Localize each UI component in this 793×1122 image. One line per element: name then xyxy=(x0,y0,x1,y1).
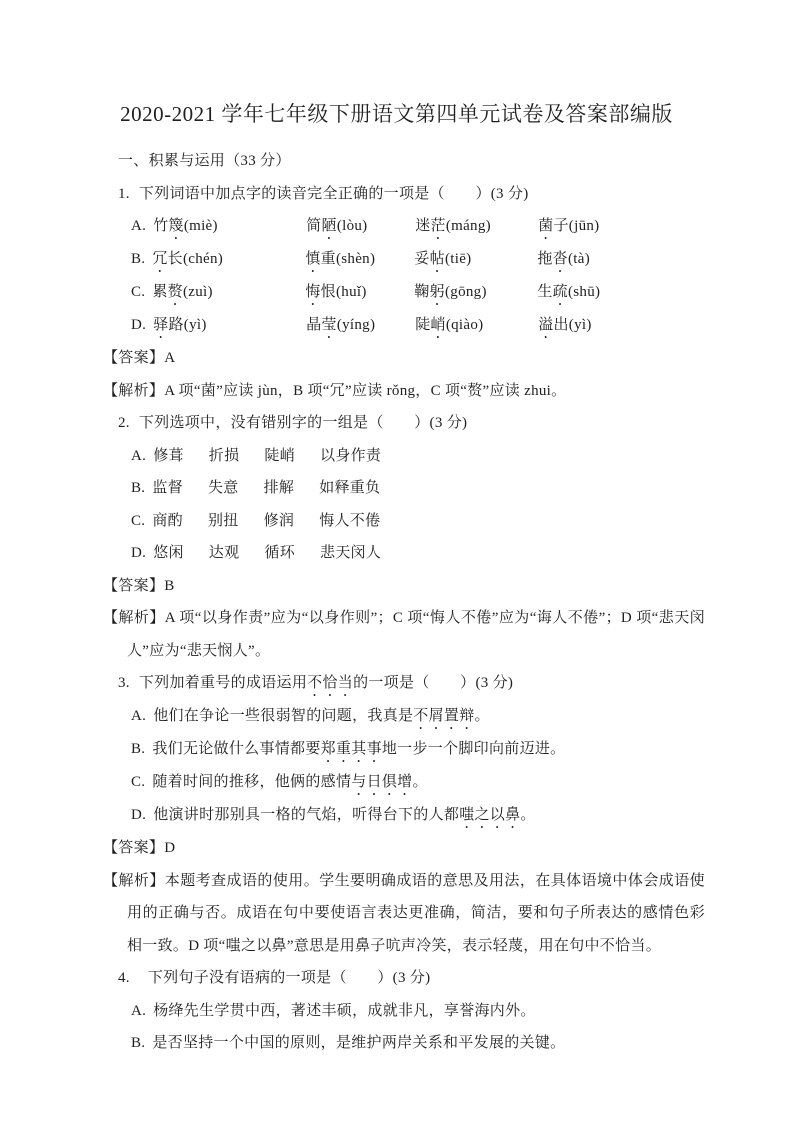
q3-option-b: B.我们无论做什么事情都要郑重其事地一步一个脚印向前迈进。 xyxy=(131,733,703,766)
word: 竹篾(miè) xyxy=(153,210,306,243)
word: 陡峭 xyxy=(264,448,295,464)
word: 折损 xyxy=(209,448,240,464)
option-text-post: 。 xyxy=(412,774,427,790)
word: 迷茫(máng) xyxy=(415,210,538,243)
option-label: D. xyxy=(131,799,146,832)
q4-option-b: B.是否坚持一个中国的原则，是维护两岸关系和平发展的关键。 xyxy=(131,1027,703,1060)
q1-option-b: B.冗长(chén)慎重(shèn)妥帖(tiē)拖沓(tà) xyxy=(131,243,703,276)
word-post: (tiē) xyxy=(445,251,471,267)
word-emphasis: 慎 xyxy=(305,251,320,267)
word-emphasis: 躬 xyxy=(430,284,445,300)
word-pre: 晶 xyxy=(306,317,321,333)
option-label: B. xyxy=(131,472,145,505)
section-heading: 一、积累与运用（33 分） xyxy=(118,145,703,178)
word: 悔人不倦 xyxy=(319,513,380,529)
word: 以身作责 xyxy=(320,448,381,464)
word-pre: 妥 xyxy=(414,251,429,267)
word-post: 恨(huǐ) xyxy=(321,284,367,300)
option-label: B. xyxy=(131,733,145,766)
q3-stem-pre: 下列加着重号的成语运用 xyxy=(139,675,307,691)
option-text-pre: 随着时间的推移，他俩的感情 xyxy=(152,774,351,790)
option-label: A. xyxy=(131,995,146,1028)
q2-option-c: C.商酌别扭修润悔人不倦 xyxy=(131,505,703,538)
page-title: 2020-2021 学年七年级下册语文第四单元试卷及答案部编版 xyxy=(90,99,703,130)
document-page: 2020-2021 学年七年级下册语文第四单元试卷及答案部编版 一、积累与运用（… xyxy=(0,0,793,1060)
word-post: 子(jūn) xyxy=(554,218,600,234)
option-text-post: 地一步一个脚印向前迈进。 xyxy=(382,741,566,757)
word-post: (shū) xyxy=(568,284,600,300)
option-text-post: 。 xyxy=(520,807,535,823)
word-emphasis: 菌 xyxy=(538,218,553,234)
q1-analysis: 【解析】A 项“菌”应读 jùn，B 项“冗”应读 rǒng，C 项“赘”应读 … xyxy=(103,375,705,408)
option-text: 杨绛先生学贯中西，著述丰硕，成就非凡，享誉海内外。 xyxy=(153,1003,536,1019)
q4-stem: 4.下列句子没有语病的一项是（ ）(3 分) xyxy=(118,962,703,995)
q1-option-d: D.驿路(yì)晶莹(yíng)陡峭(qiào)溢出(yì) xyxy=(131,309,703,342)
word: 如释重负 xyxy=(319,480,380,496)
option-label: B. xyxy=(131,243,145,276)
q4-number: 4. xyxy=(118,970,130,986)
option-label: C. xyxy=(131,276,145,309)
word-post: 路(yì) xyxy=(169,317,207,333)
option-text-post: 。 xyxy=(475,708,490,724)
word-pre: 累 xyxy=(152,284,167,300)
word-pre: 迷 xyxy=(415,218,430,234)
q2-analysis: 【解析】A 项“以身作责”应为“以身作则”；C 项“悔人不倦”应为“诲人不倦”；… xyxy=(103,602,705,667)
word: 悲天闵人 xyxy=(320,545,381,561)
word-post: 重(shèn) xyxy=(321,251,376,267)
q1-answer: 【答案】A xyxy=(103,342,703,375)
word: 拖沓(tà) xyxy=(537,243,590,276)
option-label: D. xyxy=(131,537,146,570)
option-text: 是否坚持一个中国的原则，是维护两岸关系和平发展的关键。 xyxy=(152,1035,565,1051)
word-post: (tà) xyxy=(568,251,590,267)
word-emphasis: 赘 xyxy=(168,284,183,300)
word-emphasis: 峭 xyxy=(431,317,446,333)
word-emphasis: 冗 xyxy=(152,251,167,267)
option-label: D. xyxy=(131,309,146,342)
q3-option-c: C.随着时间的推移，他俩的感情与日俱增。 xyxy=(131,766,703,799)
word: 冗长(chén) xyxy=(152,243,305,276)
word-emphasis: 沓 xyxy=(553,251,568,267)
word-post: 长(chén) xyxy=(168,251,223,267)
q3-option-a: A.他们在争论一些很弱智的问题，我真是不屑置辩。 xyxy=(131,700,703,733)
word: 修润 xyxy=(264,513,295,529)
q2-option-d: D.悠闲达观循环悲天闵人 xyxy=(131,537,703,570)
word: 生疏(shū) xyxy=(537,276,600,309)
word: 慎重(shèn) xyxy=(305,243,414,276)
q4-stem-text: 下列句子没有语病的一项是（ ）(3 分) xyxy=(148,970,431,986)
idiom-emphasis: 嗤之以鼻 xyxy=(459,807,520,823)
word: 累赘(zuì) xyxy=(152,276,305,309)
word: 监督 xyxy=(152,480,183,496)
word: 简陋(lòu) xyxy=(306,210,415,243)
word-post: (yíng) xyxy=(337,317,375,333)
word-emphasis: 陋 xyxy=(322,218,337,234)
word: 达观 xyxy=(209,545,240,561)
option-text-pre: 他演讲时那别具一格的气焰，听得台下的人都 xyxy=(153,807,459,823)
word-post: 出(yì) xyxy=(554,317,592,333)
word-post: (gōng) xyxy=(445,284,487,300)
option-label: A. xyxy=(131,700,146,733)
option-label: C. xyxy=(131,766,145,799)
word-post: (zuì) xyxy=(183,284,213,300)
q2-option-a: A.修葺折损陡峭以身作责 xyxy=(131,440,703,473)
option-label: B. xyxy=(131,1027,145,1060)
q3-analysis: 【解析】本题考查成语的使用。学生要明确成语的意思及用法，在具体语境中体会成语使用… xyxy=(103,865,705,963)
word-emphasis: 篾 xyxy=(169,218,184,234)
q1-option-a: A.竹篾(miè)简陋(lòu)迷茫(máng)菌子(jūn) xyxy=(131,210,703,243)
word: 菌子(jūn) xyxy=(538,210,599,243)
word-pre: 生 xyxy=(537,284,552,300)
q2-stem: 2.下列选项中，没有错别字的一组是（ ）(3 分) xyxy=(118,407,703,440)
word-post: (lòu) xyxy=(337,218,368,234)
word-emphasis: 疏 xyxy=(553,284,568,300)
word-pre: 简 xyxy=(306,218,321,234)
q3-option-d: D.他演讲时那别具一格的气焰，听得台下的人都嗤之以鼻。 xyxy=(131,799,703,832)
idiom-emphasis: 与日俱增 xyxy=(351,774,412,790)
q1-stem: 1.下列词语中加点字的读音完全正确的一项是（ ）(3 分) xyxy=(118,178,703,211)
q1-stem-text: 下列词语中加点字的读音完全正确的一项是（ ）(3 分) xyxy=(139,186,529,202)
word-emphasis: 莹 xyxy=(322,317,337,333)
option-text-pre: 他们在争论一些很弱智的问题，我真是 xyxy=(153,708,413,724)
word: 晶莹(yíng) xyxy=(306,309,415,342)
word-emphasis: 茫 xyxy=(431,218,446,234)
word-emphasis: 驿 xyxy=(153,317,168,333)
word: 修葺 xyxy=(153,448,184,464)
q2-answer: 【答案】B xyxy=(103,570,703,603)
word: 陡峭(qiào) xyxy=(415,309,538,342)
word: 别扭 xyxy=(208,513,239,529)
option-label: A. xyxy=(131,440,146,473)
word-pre: 鞠 xyxy=(414,284,429,300)
word-post: (qiào) xyxy=(446,317,484,333)
word: 鞠躬(gōng) xyxy=(414,276,537,309)
idiom-emphasis: 郑重其事 xyxy=(321,741,382,757)
word: 循环 xyxy=(264,545,295,561)
option-text-pre: 我们无论做什么事情都要 xyxy=(152,741,320,757)
option-label: C. xyxy=(131,505,145,538)
q3-stem-emphasis: 不恰当 xyxy=(307,675,353,691)
word: 妥帖(tiē) xyxy=(414,243,537,276)
word-post: (miè) xyxy=(184,218,218,234)
q1-option-c: C.累赘(zuì)悔恨(huǐ)鞠躬(gōng)生疏(shū) xyxy=(131,276,703,309)
word-emphasis: 悔 xyxy=(305,284,320,300)
word: 悔恨(huǐ) xyxy=(305,276,414,309)
word-emphasis: 帖 xyxy=(430,251,445,267)
word-pre: 竹 xyxy=(153,218,168,234)
q2-stem-text: 下列选项中，没有错别字的一组是（ ）(3 分) xyxy=(139,415,467,431)
word: 商酌 xyxy=(152,513,183,529)
word-pre: 陡 xyxy=(415,317,430,333)
word: 排解 xyxy=(264,480,295,496)
q2-option-b: B.监督失意排解如释重负 xyxy=(131,472,703,505)
option-label: A. xyxy=(131,210,146,243)
q3-stem-post: 的一项是（ ）(3 分) xyxy=(353,675,513,691)
q2-number: 2. xyxy=(118,415,130,431)
word: 溢出(yì) xyxy=(538,309,591,342)
word-post: (máng) xyxy=(446,218,491,234)
word: 驿路(yì) xyxy=(153,309,306,342)
idiom-emphasis: 不屑置辩 xyxy=(413,708,474,724)
q4-option-a: A.杨绛先生学贯中西，著述丰硕，成就非凡，享誉海内外。 xyxy=(131,995,703,1028)
word-emphasis: 溢 xyxy=(538,317,553,333)
word: 失意 xyxy=(208,480,239,496)
q3-stem: 3.下列加着重号的成语运用不恰当的一项是（ ）(3 分) xyxy=(118,667,703,700)
word: 悠闲 xyxy=(153,545,184,561)
word-pre: 拖 xyxy=(537,251,552,267)
q3-number: 3. xyxy=(118,675,130,691)
q3-answer: 【答案】D xyxy=(103,832,703,865)
q1-number: 1. xyxy=(118,186,130,202)
